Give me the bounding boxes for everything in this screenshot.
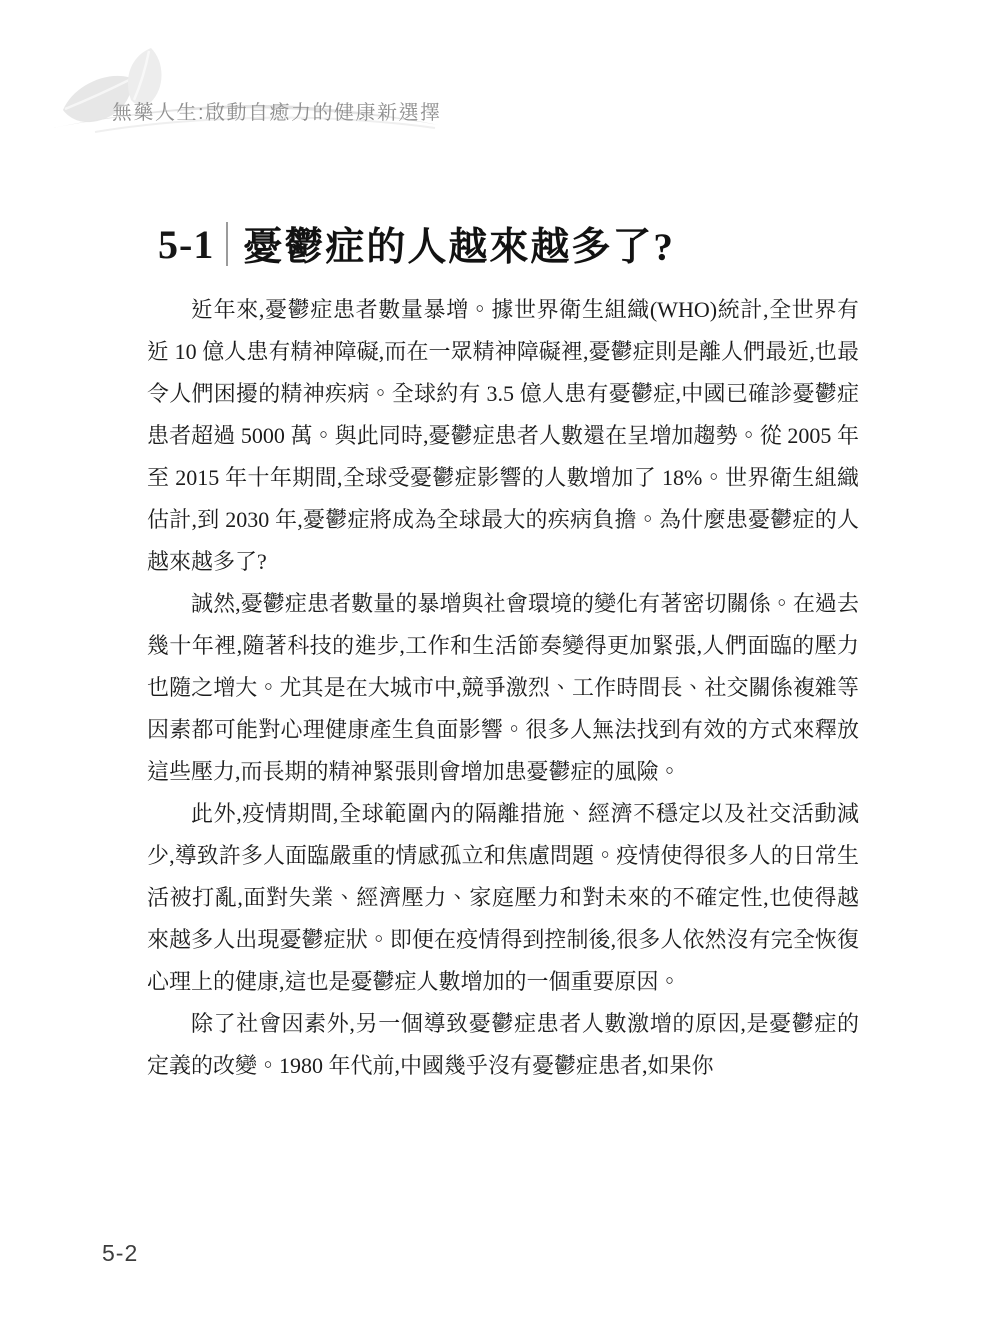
- section-title: 憂鬱症的人越來越多了?: [243, 216, 675, 272]
- paragraph: 除了社會因素外,另一個導致憂鬱症患者人數激增的原因,是憂鬱症的定義的改變。198…: [147, 1003, 859, 1087]
- leaf-watermark-icon: [35, 48, 455, 143]
- section-number: 5-1: [158, 221, 214, 268]
- body-text: 近年來,憂鬱症患者數量暴增。據世界衛生組織(WHO)統計,全世界有近 10 億人…: [147, 289, 859, 1087]
- paragraph: 此外,疫情期間,全球範圍內的隔離措施、經濟不穩定以及社交活動減少,導致許多人面臨…: [147, 793, 859, 1003]
- heading-divider: [226, 222, 228, 266]
- paragraph: 近年來,憂鬱症患者數量暴增。據世界衛生組織(WHO)統計,全世界有近 10 億人…: [147, 289, 859, 583]
- section-heading: 5-1 憂鬱症的人越來越多了?: [158, 216, 675, 272]
- page-number: 5-2: [102, 1240, 138, 1267]
- book-page: 無藥人生:啟動自癒力的健康新選擇 5-1 憂鬱症的人越來越多了? 近年來,憂鬱症…: [0, 0, 1000, 1341]
- running-header-book-title: 無藥人生:啟動自癒力的健康新選擇: [112, 101, 442, 125]
- paragraph: 誠然,憂鬱症患者數量的暴增與社會環境的變化有著密切關係。在過去幾十年裡,隨著科技…: [147, 583, 859, 793]
